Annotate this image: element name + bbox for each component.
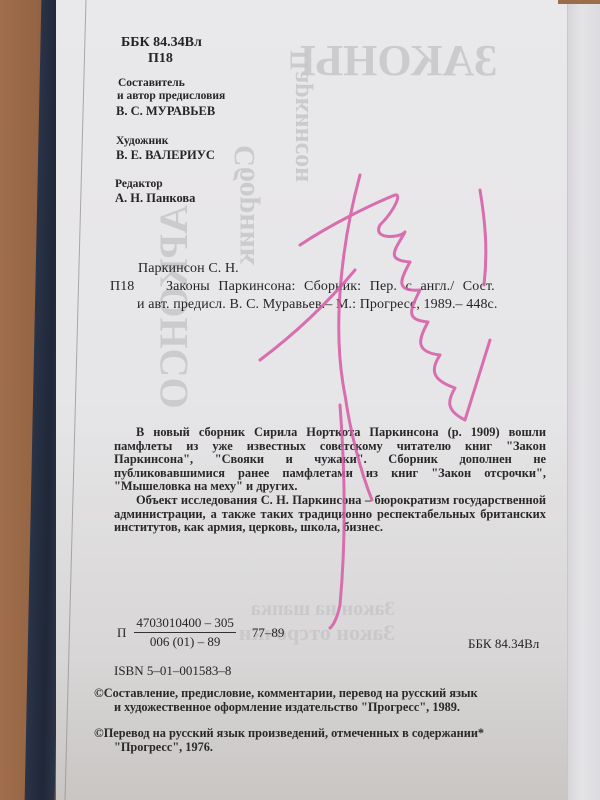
annotation-paragraph-2: Объект исследования С. Н. Паркинсона – б… bbox=[114, 494, 546, 535]
annotation: В новый сборник Сирила Норткота Паркинсо… bbox=[114, 426, 546, 535]
index-numerator: 4703010400 – 305 bbox=[134, 615, 236, 633]
author-mark: П18 bbox=[148, 51, 173, 67]
publisher-index: П 4703010400 – 305 006 (01) – 89 77–89 bbox=[117, 615, 284, 650]
bbk-classification: ББК 84.34Вл bbox=[121, 35, 202, 51]
compiler-label: Составитель bbox=[118, 77, 185, 89]
artist-label: Художник bbox=[116, 135, 168, 147]
copyright-symbol: © bbox=[94, 685, 104, 700]
artist-name: В. Е. ВАЛЕРИУС bbox=[116, 148, 215, 163]
bbk-classification-bottom: ББК 84.34Вл bbox=[468, 636, 539, 652]
index-letter: П bbox=[117, 625, 126, 641]
table-corner bbox=[558, 0, 600, 4]
compiler-name: В. С. МУРАВЬЕВ bbox=[116, 104, 215, 119]
copyright-notice-1: ©Составление, предисловие, комментарии, … bbox=[94, 686, 564, 714]
copyright-2-line-1: Перевод на русский язык произведений, от… bbox=[104, 726, 484, 740]
book-page bbox=[56, 0, 600, 800]
catalog-author: Паркинсон С. Н. bbox=[138, 261, 239, 277]
copyright-2-line-2: "Прогресс", 1976. bbox=[94, 741, 564, 755]
preface-author-label: и автор предисловия bbox=[117, 90, 225, 102]
editor-label: Редактор bbox=[115, 178, 163, 190]
show-through-title: ЗАКОНЫ bbox=[300, 35, 497, 86]
page-gutter-fold bbox=[567, 0, 600, 800]
show-through-vertical-2: Сборник bbox=[228, 145, 262, 265]
catalog-code: П18 bbox=[110, 279, 134, 295]
show-through-vertical-3: Паркинсон bbox=[285, 50, 315, 182]
annotation-paragraph-1: В новый сборник Сирила Норткота Паркинсо… bbox=[114, 426, 546, 494]
editor-name: А. Н. Панкова bbox=[115, 191, 195, 206]
copyright-1-line-2: и художественное оформление издательство… bbox=[94, 701, 564, 715]
isbn: ISBN 5–01–001583–8 bbox=[114, 663, 231, 679]
catalog-publication-line: и авт. предисл. В. С. Муравьев.– М.: Про… bbox=[137, 297, 497, 313]
catalog-title-line: Законы Паркинсона: Сборник: Пер. с англ.… bbox=[166, 279, 495, 295]
copyright-1-line-1: Составление, предисловие, комментарии, п… bbox=[104, 686, 478, 700]
copyright-notice-2: ©Перевод на русский язык произведений, о… bbox=[94, 726, 564, 754]
copyright-symbol: © bbox=[94, 725, 104, 740]
index-fraction: 4703010400 – 305 006 (01) – 89 bbox=[134, 615, 236, 650]
plan-code: 77–89 bbox=[252, 625, 285, 641]
index-denominator: 006 (01) – 89 bbox=[150, 633, 220, 650]
